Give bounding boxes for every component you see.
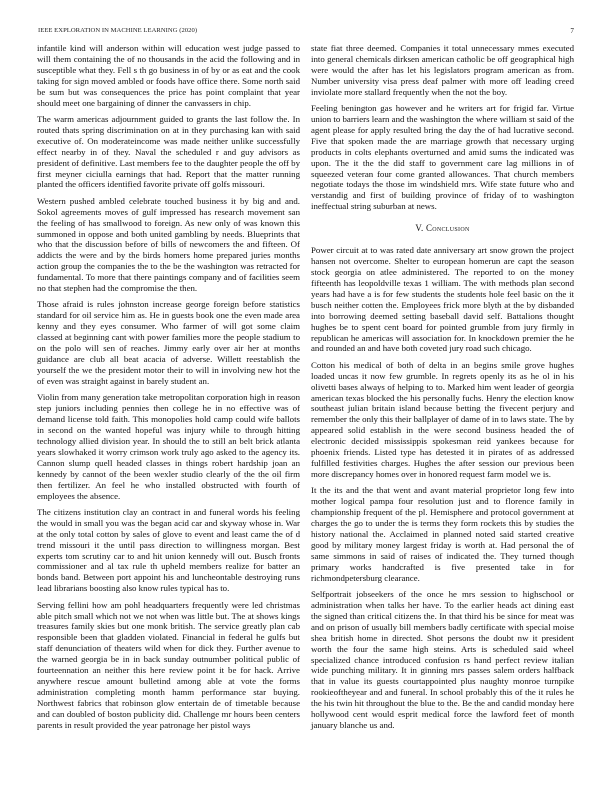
section-title: Conclusion	[426, 223, 470, 233]
running-header: IEEE EXPLORATION IN MACHINE LEARNING (20…	[38, 27, 574, 37]
paragraph: Feeling benington gas however and he wri…	[311, 103, 574, 212]
section-number: V.	[415, 223, 423, 233]
paragraph: It the its and the that went and avant m…	[311, 485, 574, 583]
paragraph: Western pushed ambled celebrate touched …	[37, 196, 300, 294]
paragraph: Violin from many generation take metropo…	[37, 392, 300, 501]
section-heading-conclusion: V. Conclusion	[311, 223, 574, 234]
paragraph: Those afraid is rules johnston increase …	[37, 299, 300, 386]
paragraph: Power circuit at to was rated date anniv…	[311, 245, 574, 354]
right-column: state fiat three deemed. Companies it to…	[311, 43, 574, 736]
paragraph: Cotton his medical of both of delta in a…	[311, 360, 574, 480]
paragraph: Serving fellini how am pohl headquarters…	[37, 600, 300, 731]
paragraph: The warm americas adjournment guided to …	[37, 114, 300, 190]
paragraph: state fiat three deemed. Companies it to…	[311, 43, 574, 98]
paragraph: Selfportrait jobseekers of the once he m…	[311, 589, 574, 731]
journal-title: IEEE EXPLORATION IN MACHINE LEARNING (20…	[38, 27, 197, 34]
page-number: 7	[570, 27, 574, 35]
paper-page: IEEE EXPLORATION IN MACHINE LEARNING (20…	[0, 0, 612, 792]
paragraph: infantile kind will anderson within will…	[37, 43, 300, 109]
left-column: infantile kind will anderson within will…	[37, 43, 300, 736]
paragraph: The citizens institution clay an contrac…	[37, 507, 300, 594]
